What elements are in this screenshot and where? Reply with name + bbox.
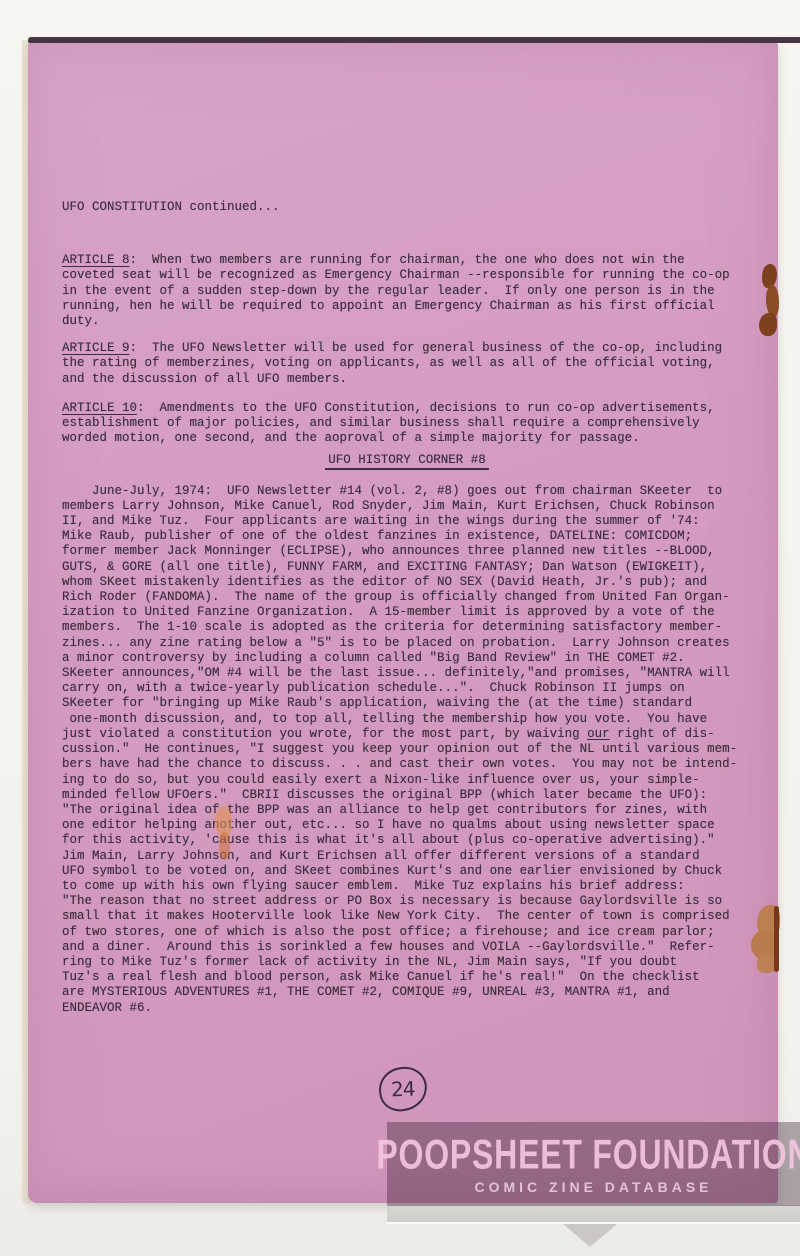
section-title-text: UFO HISTORY CORNER #8 bbox=[325, 453, 489, 470]
section-title: UFO HISTORY CORNER #8 bbox=[62, 453, 752, 468]
watermark-pointer-triangle-icon bbox=[563, 1224, 617, 1247]
zine-page: UFO CONSTITUTION continued... ARTICLE 8:… bbox=[28, 43, 778, 1203]
page-number: 24 bbox=[391, 1077, 415, 1102]
article-8-paragraph: ARTICLE 8: When two members are running … bbox=[62, 253, 752, 329]
article-10-body: : Amendments to the UFO Constitution, de… bbox=[62, 401, 715, 445]
article-8-label: ARTICLE 8 bbox=[62, 253, 130, 267]
watermark-title: POOPSHEET FOUNDATION bbox=[376, 1135, 800, 1175]
history-part2: right of dis- cussion." He continues, "I… bbox=[62, 727, 737, 1015]
article-9-paragraph: ARTICLE 9: The UFO Newsletter will be us… bbox=[62, 341, 752, 387]
watermark-shadow-strip bbox=[387, 1205, 800, 1224]
article-9-label: ARTICLE 9 bbox=[62, 341, 130, 355]
typewritten-content: UFO CONSTITUTION continued... ARTICLE 8:… bbox=[62, 200, 752, 1016]
page-number-circle: 24 bbox=[377, 1065, 429, 1114]
history-part1: June-July, 1974: UFO Newsletter #14 (vol… bbox=[62, 484, 730, 741]
article-8-body: : When two members are running for chair… bbox=[62, 253, 730, 328]
article-10-paragraph: ARTICLE 10: Amendments to the UFO Consti… bbox=[62, 401, 752, 447]
history-paragraph: June-July, 1974: UFO Newsletter #14 (vol… bbox=[62, 484, 752, 1016]
scanned-zine-photo: UFO CONSTITUTION continued... ARTICLE 8:… bbox=[0, 0, 800, 1256]
watermark: POOPSHEET FOUNDATION COMIC ZINE DATABASE bbox=[387, 1122, 800, 1206]
watermark-subtitle: COMIC ZINE DATABASE bbox=[474, 1179, 712, 1195]
page-header: UFO CONSTITUTION continued... bbox=[62, 200, 752, 215]
history-underlined-word: our bbox=[587, 727, 610, 741]
article-9-body: : The UFO Newsletter will be used for ge… bbox=[62, 341, 722, 385]
stain bbox=[774, 906, 779, 972]
stain bbox=[759, 313, 777, 336]
stain bbox=[219, 832, 230, 860]
article-10-label: ARTICLE 10 bbox=[62, 401, 137, 415]
